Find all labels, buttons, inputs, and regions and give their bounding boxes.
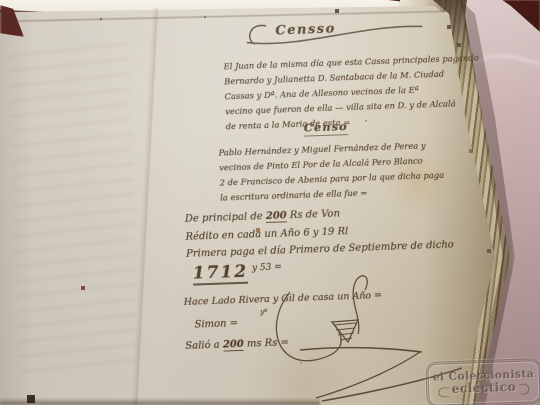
salio-suffix: ms Rs = [244,337,290,350]
yo-superscript: yº [260,308,268,316]
salio-prefix: Salió a [185,340,223,352]
paragraph-1: El Juan de la misma día que esta Cassa p… [223,50,481,134]
hace-line: Hace Lado Rivera y Gil de casa un Año = [184,290,383,308]
stain-specks [0,0,2,2]
terms-block: De principal de 200 Rs de Von Rédito en … [185,201,454,263]
watermark-line2: ecléctico [452,381,517,396]
salio-line: Salió a 200 ms Rs = [185,337,289,352]
manuscript-text-block: Censso El Juan de la misma día que esta … [148,9,521,391]
simon-line: Simon = [194,318,238,331]
bottom-shadow [0,398,320,405]
principal-amount: 200 [266,210,287,223]
section-heading: Censo [304,119,349,137]
photo-of-antique-manuscript: Censso El Juan de la misma día que esta … [0,0,540,405]
year-note: y 53 = [252,262,282,273]
principal-prefix: De principal de [185,211,266,225]
paragraph-2: Pablo Hernández y Miguel Fernández de Pe… [218,138,445,206]
year-row: 1712y 53 = [192,260,282,283]
watermark-logo: el Coleccionista ecléctico [425,358,540,405]
year-figure: 1712 [192,262,248,286]
manuscript-heading: Censso [275,21,336,38]
principal-suffix: Rs de Von [287,208,341,221]
ink-showthrough [8,38,139,372]
salio-amount: 200 [223,339,244,352]
